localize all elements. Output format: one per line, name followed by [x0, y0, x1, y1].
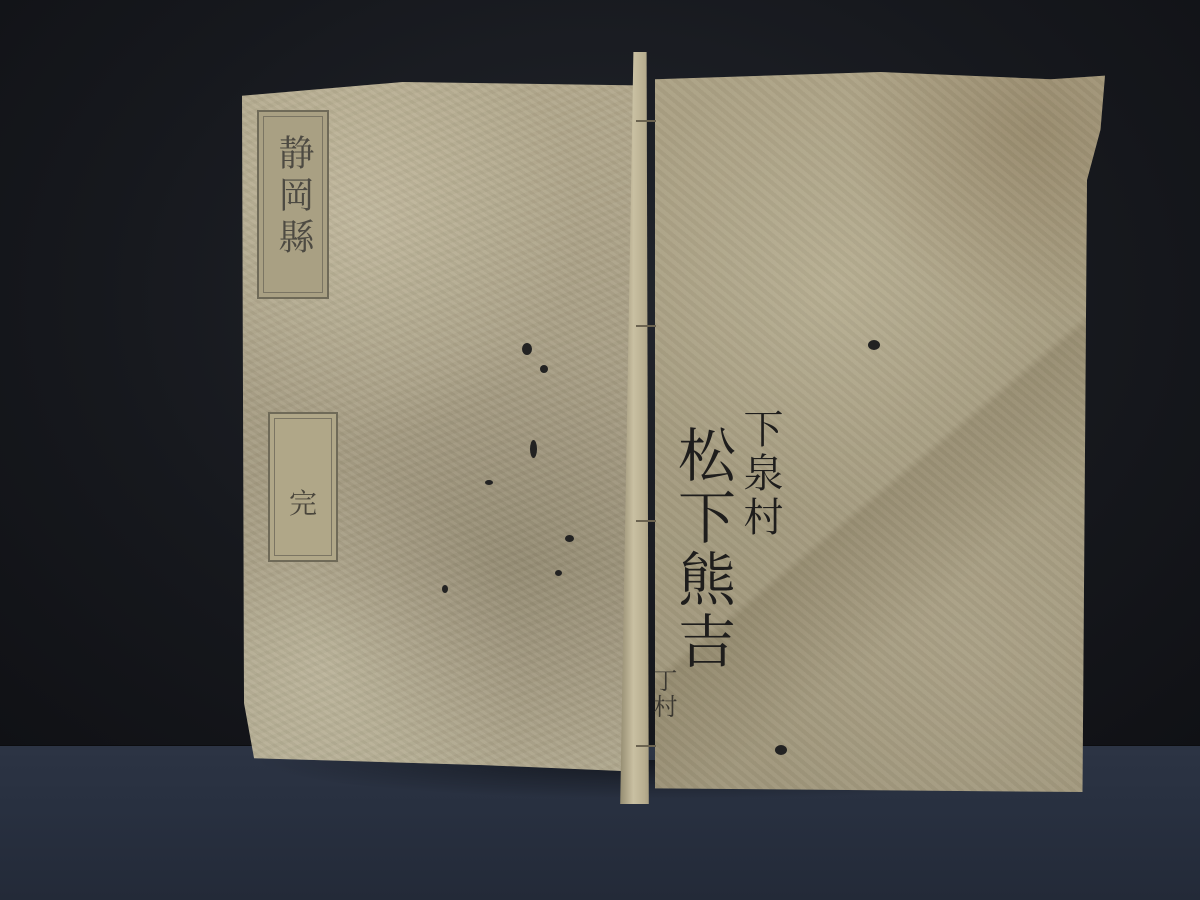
- ink-stain: [555, 570, 562, 576]
- handwritten-owner-name: 松下熊吉: [660, 425, 744, 673]
- ink-stain: [530, 440, 537, 458]
- binding-thread: [636, 520, 656, 522]
- handwritten-spine-note: 丁村: [646, 668, 681, 720]
- title-label: 静岡縣: [257, 110, 329, 299]
- volume-label: 完: [268, 412, 338, 562]
- binding-thread: [636, 120, 656, 122]
- binding-thread: [636, 325, 656, 327]
- ink-stain: [485, 480, 493, 485]
- ink-stain: [868, 340, 880, 350]
- ink-stain: [540, 365, 548, 373]
- title-text: 静岡縣: [259, 134, 327, 260]
- binding-thread: [636, 745, 656, 747]
- ink-stain: [565, 535, 574, 542]
- ink-stain: [775, 745, 787, 755]
- ink-stain: [522, 343, 532, 355]
- volume-complete-mark: 完: [270, 482, 336, 522]
- ink-stain: [442, 585, 448, 593]
